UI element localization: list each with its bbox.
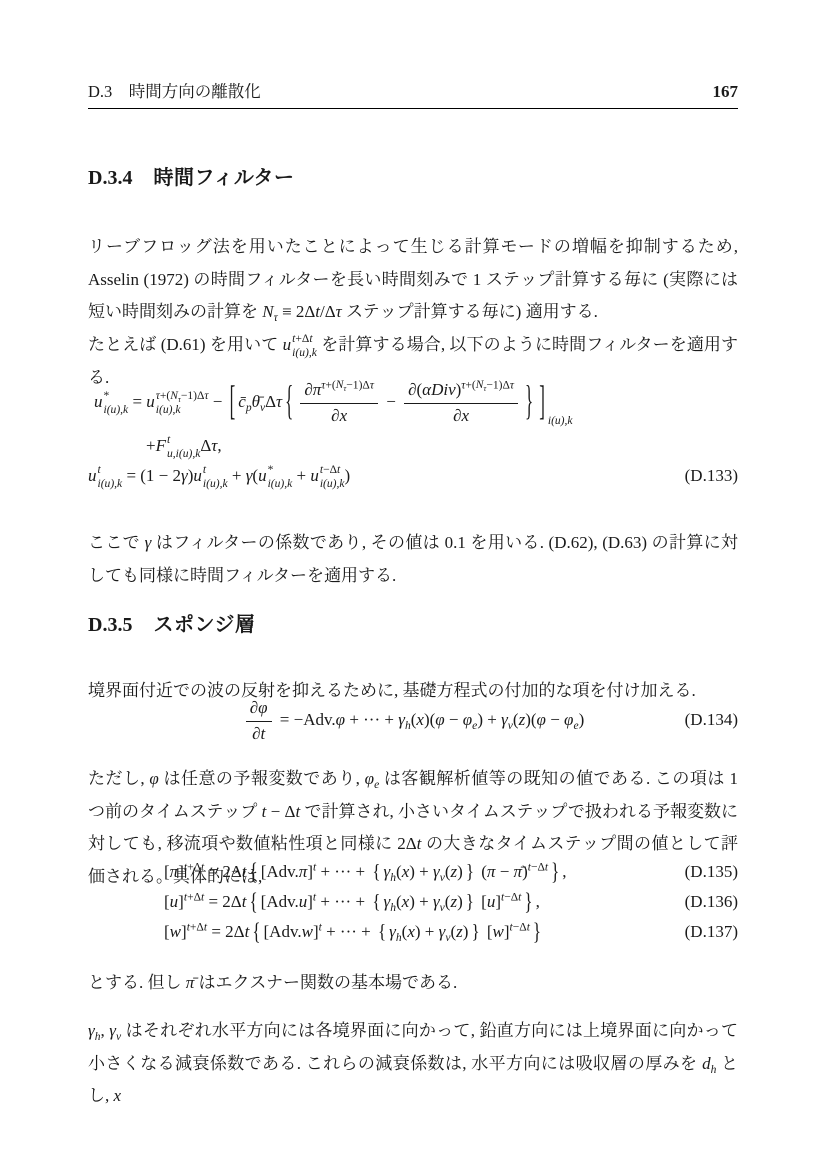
equation-d135-body: [π]t+Δt = 2Δt{[Adv.π]t + ··· + {γh(x) + … (164, 862, 567, 881)
paragraph-exner-base: とする. 但し π̄ はエクスナー関数の基本場である. (88, 967, 738, 1000)
page-number: 167 (713, 82, 739, 102)
paragraph-gamma-coefficient: ここで γ はフィルターの係数であり, その値は 0.1 を用いる. (D.62… (88, 527, 738, 592)
equation-number-d136: (D.136) (685, 887, 738, 917)
paragraph-leapfrog-filter: リーブフロッグ法を用いたことによって生じる計算モードの増幅を抑制するため, As… (88, 231, 738, 329)
section-title-d34: 時間フィルター (153, 167, 294, 189)
equation-d133-line3: uti(u),k = (1 − 2γ)uti(u),k + γ(u*i(u),k… (88, 466, 350, 485)
equation-number-d133: (D.133) (685, 462, 738, 490)
equation-number-d134: (D.134) (685, 694, 738, 746)
paragraph-damping-coefficients: γh, γv はそれぞれ水平方向には各境界面に向かって, 鉛直方向には上境界面に… (88, 1015, 738, 1113)
equation-d133-line2: +Ftu,i(u),kΔτ, (88, 432, 738, 460)
equation-d134: ∂φ∂t = −Adv.φ + ··· + γh(x)(φ − φe) + γv… (88, 694, 738, 746)
running-header-section: D.3 時間方向の離散化 (88, 78, 261, 102)
equation-d133: u*i(u),k = uτ+(Nτ−1)Δτi(u),k − [c̄pθ̄vΔτ… (88, 374, 738, 490)
document-page: D.3 時間方向の離散化 167 D.3.4時間フィルター リーブフロッグ法を用… (0, 0, 826, 1169)
running-header: D.3 時間方向の離散化 167 (88, 78, 738, 109)
equation-d136-body: [u]t+Δt = 2Δt{[Adv.u]t + ··· + {γh(x) + … (164, 892, 540, 911)
equation-d137-body: [w]t+Δt = 2Δt{[Adv.w]t + ··· + {γh(x) + … (164, 922, 544, 941)
section-number-d34: D.3.4 (88, 167, 132, 189)
equation-group-d135-d137: [π]t+Δt = 2Δt{[Adv.π]t + ··· + {γh(x) + … (88, 857, 738, 947)
equation-d134-body: ∂φ∂t = −Adv.φ + ··· + γh(x)(φ − φe) + γv… (242, 710, 585, 729)
section-number-d35: D.3.5 (88, 614, 132, 636)
section-heading-d35: D.3.5スポンジ層 (88, 608, 255, 637)
equation-number-d137: (D.137) (685, 917, 738, 947)
equation-d133-line1: u*i(u),k = uτ+(Nτ−1)Δτi(u),k − [c̄pθ̄vΔτ… (88, 374, 738, 430)
section-title-d35: スポンジ層 (153, 614, 255, 636)
equation-number-d135: (D.135) (685, 857, 738, 887)
section-heading-d34: D.3.4時間フィルター (88, 161, 295, 190)
